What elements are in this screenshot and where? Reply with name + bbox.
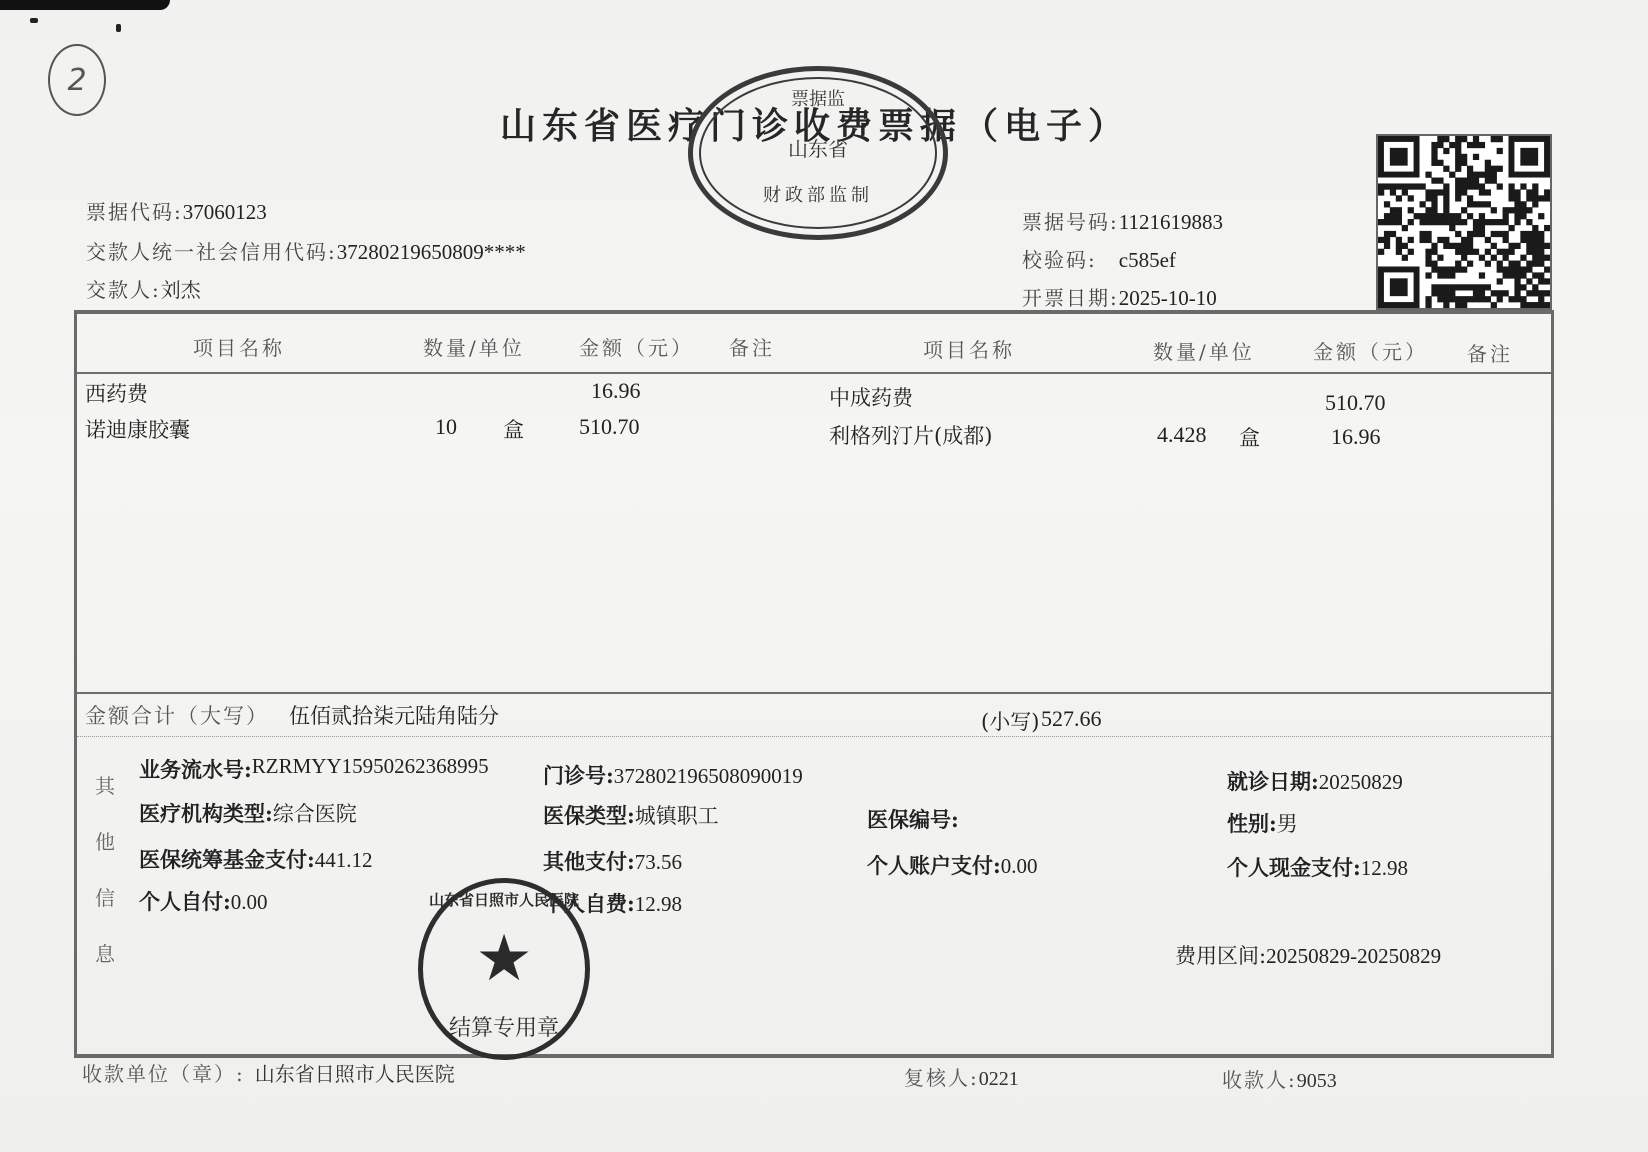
left-row-2-amount: 510.70 xyxy=(579,414,640,440)
seal-middle-text: 山东省 xyxy=(693,133,943,162)
self-payment-label: 个人自付: xyxy=(139,889,231,914)
invoice-code-value: 37060123 xyxy=(183,200,267,224)
fund-payment-value: 441.12 xyxy=(315,848,373,872)
gender-value: 男 xyxy=(1277,812,1298,836)
right-row-2-unit: 盒 xyxy=(1239,422,1260,452)
receipt-table-box: 项目名称 数量/单位 金额（元） 备注 项目名称 数量/单位 金额（元） 备注 … xyxy=(74,310,1554,1058)
col-header-qty-right: 数量/单位 xyxy=(1153,336,1255,365)
qr-code-pattern xyxy=(1378,136,1550,308)
handwritten-number-text: 2 xyxy=(67,63,86,98)
visit-date-label: 就诊日期: xyxy=(1227,769,1319,794)
invoice-code-label: 票据代码: xyxy=(86,200,183,224)
gender: 性别:男 xyxy=(1227,808,1298,838)
right-row-2-qty: 4.428 xyxy=(1157,422,1207,448)
fee-period-value: 20250829-20250829 xyxy=(1266,944,1441,968)
seal-bottom-text: 财政部监制 xyxy=(693,181,943,207)
cashier: 收款人:9053 xyxy=(1222,1064,1337,1093)
check-code: 校验码:c585ef xyxy=(1022,244,1176,273)
col-header-note-right: 备注 xyxy=(1467,338,1513,367)
invoice-number-value: 1121619883 xyxy=(1119,210,1223,234)
receipt-paper: 2 山东省医疗门诊收费票据（电子） 票据监 山东省 财政部监制 票据代码:370… xyxy=(0,0,1648,1152)
account-payment-value: 0.00 xyxy=(1001,854,1038,878)
col-header-item-left: 项目名称 xyxy=(193,332,285,361)
issue-date-value: 2025-10-10 xyxy=(1119,286,1217,310)
other-info-char-2: 他 xyxy=(95,826,115,855)
payee-unit-value: 山东省日照市人民医院 xyxy=(255,1062,455,1086)
other-info-char-1: 其 xyxy=(95,770,115,799)
payer: 交款人:刘杰 xyxy=(86,274,201,303)
other-payment-label: 其他支付: xyxy=(543,849,635,874)
finance-ministry-seal: 票据监 山东省 财政部监制 xyxy=(688,66,948,240)
fund-payment: 医保统筹基金支付:441.12 xyxy=(139,844,373,874)
left-row-1-name: 西药费 xyxy=(85,378,148,408)
reviewer-value: 0221 xyxy=(979,1068,1019,1090)
insurance-type: 医保类型:城镇职工 xyxy=(543,800,719,830)
items-divider xyxy=(77,692,1551,694)
payer-credit-code-value: 37280219650809**** xyxy=(337,240,526,264)
other-payment-value: 73.56 xyxy=(635,850,682,874)
institution-type-label: 医疗机构类型: xyxy=(139,801,273,826)
account-payment-label: 个人账户支付: xyxy=(867,853,1001,878)
reviewer-label: 复核人: xyxy=(904,1066,979,1090)
account-payment: 个人账户支付:0.00 xyxy=(867,850,1038,880)
col-header-item-right: 项目名称 xyxy=(923,334,1015,363)
total-upper-label: 金额合计（大写） xyxy=(85,700,269,730)
cashier-value: 9053 xyxy=(1297,1070,1337,1092)
total-upper-amount: 伍佰贰拾柒元陆角陆分 xyxy=(289,700,499,730)
check-code-value: c585ef xyxy=(1119,248,1176,272)
total-lower-label: (小写) xyxy=(981,706,1039,736)
clinic-number-value: 372802196508090019 xyxy=(614,764,803,788)
fee-period-label: 费用区间: xyxy=(1175,944,1266,968)
self-payment: 个人自付:0.00 xyxy=(139,886,268,916)
fund-payment-label: 医保统筹基金支付: xyxy=(139,847,315,872)
payer-credit-code-label: 交款人统一社会信用代码: xyxy=(86,240,337,264)
issue-date-label: 开票日期: xyxy=(1022,286,1119,310)
visit-date-value: 20250829 xyxy=(1319,770,1403,794)
left-row-1-amount: 16.96 xyxy=(591,378,641,404)
clinic-number-label: 门诊号: xyxy=(543,763,614,788)
left-row-2-name: 诺迪康胶囊 xyxy=(85,414,190,444)
cash-payment: 个人现金支付:12.98 xyxy=(1227,852,1408,882)
payer-credit-code: 交款人统一社会信用代码:37280219650809**** xyxy=(86,236,526,265)
self-expense-value: 12.98 xyxy=(635,892,682,916)
seal-arc-text: 山东省日照市人民医院 xyxy=(423,889,585,910)
cash-payment-value: 12.98 xyxy=(1361,856,1408,880)
left-row-2-unit: 盒 xyxy=(503,414,524,444)
cash-payment-label: 个人现金支付: xyxy=(1227,855,1361,880)
institution-type: 医疗机构类型:综合医院 xyxy=(139,798,357,828)
insurance-number: 医保编号: xyxy=(867,804,959,834)
clinic-number: 门诊号:372802196508090019 xyxy=(543,760,803,790)
other-info-char-3: 信 xyxy=(95,882,115,911)
institution-type-value: 综合医院 xyxy=(273,802,357,826)
payee-unit: 收款单位（章）:山东省日照市人民医院 xyxy=(82,1058,455,1087)
right-row-1-amount: 510.70 xyxy=(1325,390,1386,416)
total-lower-amount: 527.66 xyxy=(1041,706,1102,732)
invoice-number-label: 票据号码: xyxy=(1022,210,1119,234)
cashier-label: 收款人: xyxy=(1222,1068,1297,1092)
scan-speck xyxy=(30,18,38,23)
scan-shadow xyxy=(0,0,170,10)
serial-label: 业务流水号: xyxy=(139,757,252,782)
serial-number: 业务流水号:RZRMYY15950262368995 xyxy=(139,754,489,784)
invoice-code: 票据代码:37060123 xyxy=(86,196,267,225)
qr-code-icon xyxy=(1376,134,1552,310)
visit-date: 就诊日期:20250829 xyxy=(1227,766,1403,796)
other-info-char-4: 息 xyxy=(95,938,115,967)
right-row-2-name: 利格列汀片(成都) xyxy=(829,420,992,450)
invoice-number: 票据号码:1121619883 xyxy=(1022,206,1223,235)
other-payment: 其他支付:73.56 xyxy=(543,846,682,876)
handwritten-number: 2 xyxy=(48,44,106,116)
col-header-note-left: 备注 xyxy=(729,332,775,361)
seal-bottom-text: 结算专用章 xyxy=(423,1011,585,1042)
issue-date: 开票日期:2025-10-10 xyxy=(1022,282,1217,311)
insurance-number-label: 医保编号: xyxy=(867,807,959,832)
payer-value: 刘杰 xyxy=(161,278,201,302)
insurance-type-value: 城镇职工 xyxy=(635,804,719,828)
right-row-1-name: 中成药费 xyxy=(829,382,913,412)
star-icon: ★ xyxy=(423,927,585,991)
serial-value: RZRMYY15950262368995 xyxy=(252,754,489,778)
self-payment-value: 0.00 xyxy=(231,890,268,914)
check-code-label: 校验码: xyxy=(1022,248,1097,272)
left-row-2-qty: 10 xyxy=(435,414,457,440)
insurance-type-label: 医保类型: xyxy=(543,803,635,828)
col-header-amount-left: 金额（元） xyxy=(579,332,694,361)
gender-label: 性别: xyxy=(1227,811,1277,836)
right-row-2-amount: 16.96 xyxy=(1331,424,1381,450)
scan-speck xyxy=(116,24,121,32)
payer-label: 交款人: xyxy=(86,278,161,302)
col-header-amount-right: 金额（元） xyxy=(1313,336,1428,365)
fee-period: 费用区间:20250829-20250829 xyxy=(1175,940,1441,970)
payee-unit-label: 收款单位（章）: xyxy=(82,1062,245,1086)
total-divider xyxy=(77,736,1551,737)
hospital-settlement-seal: 山东省日照市人民医院 ★ 结算专用章 xyxy=(418,878,590,1060)
reviewer: 复核人:0221 xyxy=(904,1062,1019,1091)
header-divider xyxy=(77,372,1551,374)
seal-top-text: 票据监 xyxy=(693,85,943,111)
col-header-qty-left: 数量/单位 xyxy=(423,332,525,361)
